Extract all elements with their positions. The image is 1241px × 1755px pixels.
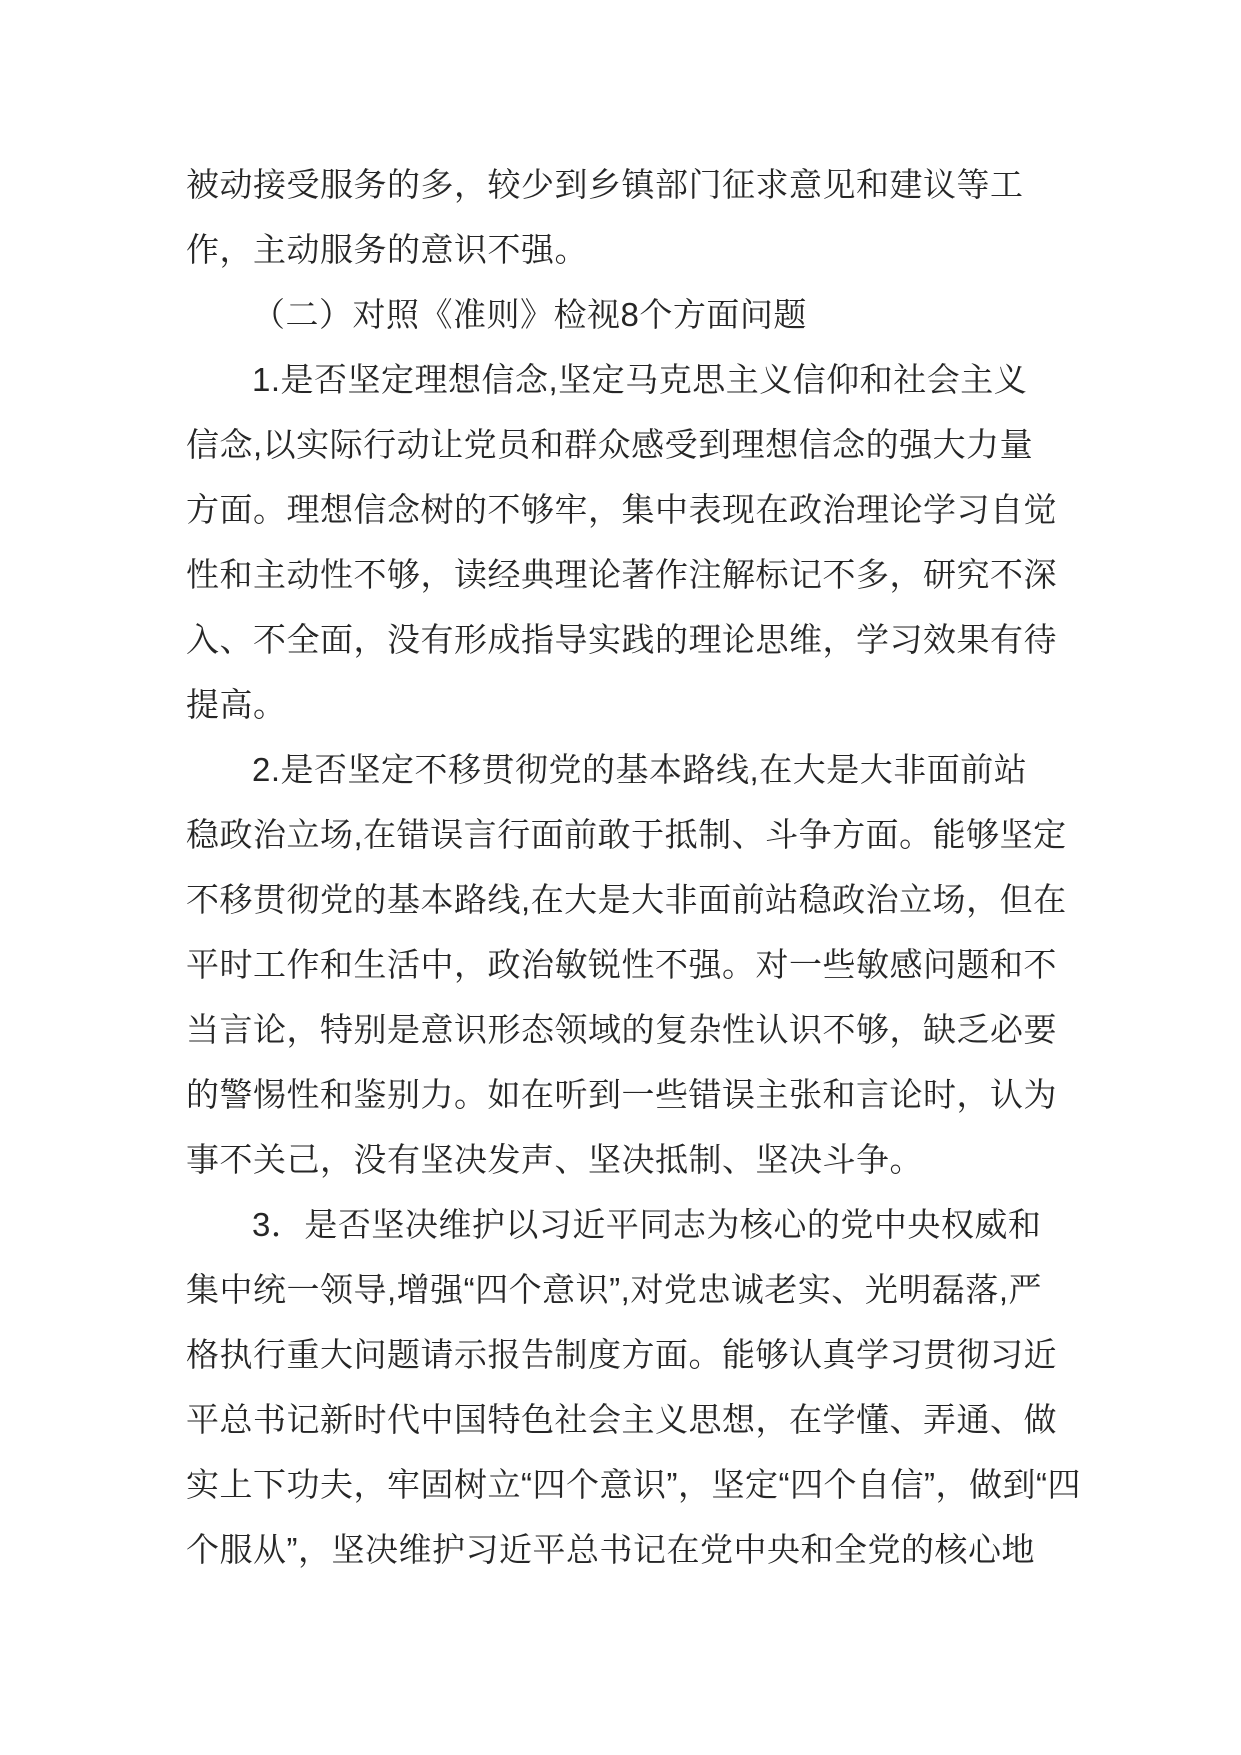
text-line: 稳政治立场,在错误言行面前敢于抵制、斗争方面。能够坚定 [186,802,1052,867]
paragraph-item-2: 2.是否坚定不移贯彻党的基本路线,在大是大非面前站稳政治立场,在错误言行面前敢于… [186,737,1052,1192]
text-line: 当言论，特别是意识形态领域的复杂性认识不够，缺乏必要 [186,997,1052,1062]
paragraph-continuation: 被动接受服务的多，较少到乡镇部门征求意见和建议等工作，主动服务的意识不强。 [186,152,1052,282]
text-line: 平时工作和生活中，政治敏锐性不强。对一些敏感问题和不 [186,932,1052,997]
paragraph-item-1: 1.是否坚定理想信念,坚定马克思主义信仰和社会主义信念,以实际行动让党员和群众感… [186,347,1052,737]
paragraph-item-3: 3．是否坚决维护以习近平同志为核心的党中央权威和集中统一领导,增强“四个意识”,… [186,1192,1052,1582]
document-text-content: 被动接受服务的多，较少到乡镇部门征求意见和建议等工作，主动服务的意识不强。（二）… [186,152,1052,1582]
text-line: 方面。理想信念树的不够牢，集中表现在政治理论学习自觉 [186,477,1052,542]
text-line: 个服从”，坚决维护习近平总书记在党中央和全党的核心地 [186,1517,1052,1582]
text-line: 被动接受服务的多，较少到乡镇部门征求意见和建议等工 [186,152,1052,217]
text-line: 格执行重大问题请示报告制度方面。能够认真学习贯彻习近 [186,1322,1052,1387]
text-line: 入、不全面，没有形成指导实践的理论思维，学习效果有待 [186,607,1052,672]
document-page: 被动接受服务的多，较少到乡镇部门征求意见和建议等工作，主动服务的意识不强。（二）… [0,0,1241,1755]
text-line: 事不关己，没有坚决发声、坚决抵制、坚决斗争。 [186,1127,1052,1192]
text-line: 2.是否坚定不移贯彻党的基本路线,在大是大非面前站 [186,737,1052,802]
text-line: 不移贯彻党的基本路线,在大是大非面前站稳政治立场，但在 [186,867,1052,932]
text-line: 作，主动服务的意识不强。 [186,217,1052,282]
text-line: （二）对照《准则》检视8个方面问题 [186,282,1052,347]
text-line: 3．是否坚决维护以习近平同志为核心的党中央权威和 [186,1192,1052,1257]
text-line: 提高。 [186,672,1052,737]
text-line: 信念,以实际行动让党员和群众感受到理想信念的强大力量 [186,412,1052,477]
text-line: 的警惕性和鉴别力。如在听到一些错误主张和言论时，认为 [186,1062,1052,1127]
text-line: 集中统一领导,增强“四个意识”,对党忠诚老实、光明磊落,严 [186,1257,1052,1322]
text-line: 实上下功夫，牢固树立“四个意识”，坚定“四个自信”，做到“四 [186,1452,1052,1517]
text-line: 平总书记新时代中国特色社会主义思想，在学懂、弄通、做 [186,1387,1052,1452]
text-line: 1.是否坚定理想信念,坚定马克思主义信仰和社会主义 [186,347,1052,412]
text-line: 性和主动性不够，读经典理论著作注解标记不多，研究不深 [186,542,1052,607]
section-heading: （二）对照《准则》检视8个方面问题 [186,282,1052,347]
